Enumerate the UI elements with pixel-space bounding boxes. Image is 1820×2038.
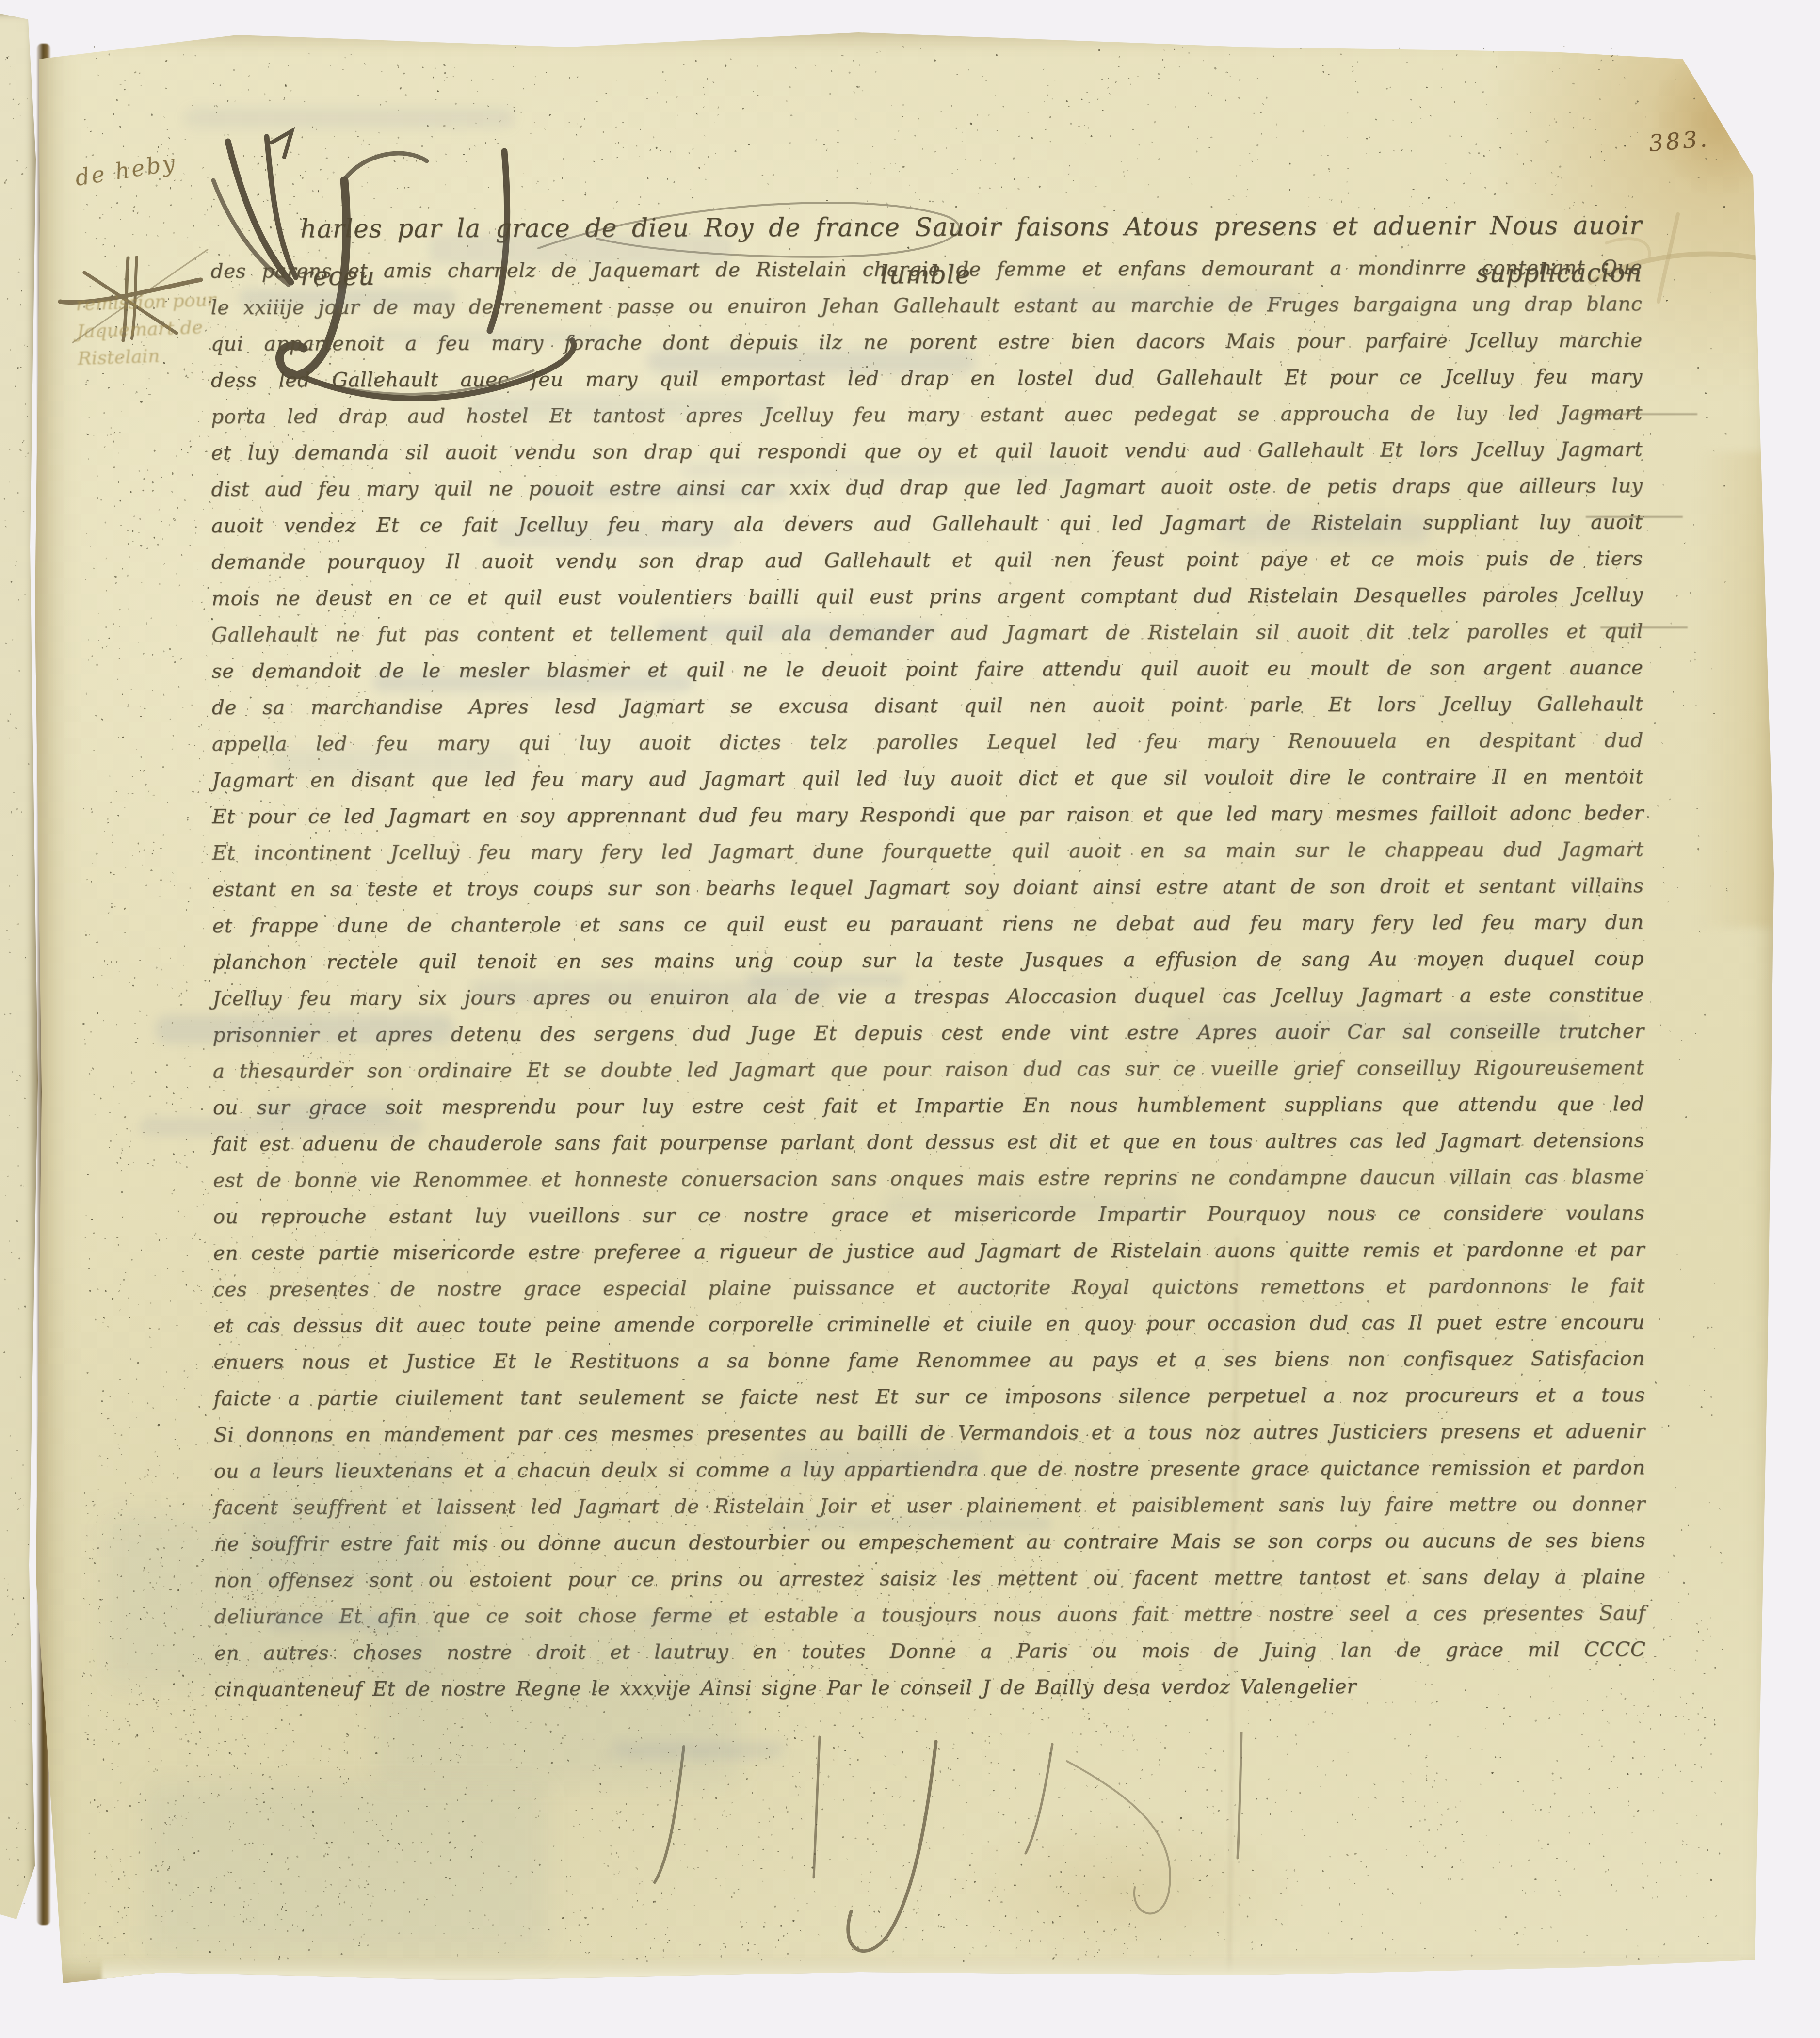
manuscript-line: dess led Gallehault auec feu mary quil e… — [211, 358, 1643, 399]
manuscript-line: ces presentes de nostre grace especial p… — [213, 1268, 1645, 1308]
manuscript-text-block: harles par la grace de dieu Roy de franc… — [210, 202, 1646, 1708]
manuscript-line: non offensez sont ou estoient pour ce pr… — [214, 1558, 1645, 1599]
page-curl-highlight — [102, 1956, 1741, 1981]
manuscript-line: et frappe dune de chanterole et sans ce … — [212, 904, 1644, 944]
manuscript-line: ou sur grace soit mesprendu pour luy est… — [213, 1086, 1644, 1126]
manuscript-line: prisonnier et apres detenu des sergens d… — [212, 1013, 1644, 1053]
manuscript-line: Et pour ce led Jagmart en soy apprennant… — [212, 795, 1643, 835]
manuscript-line: estant en sa teste et troys coups sur so… — [212, 867, 1644, 908]
manuscript-line: est de bonne vie Renommee et honneste co… — [213, 1158, 1644, 1199]
manuscript-line: qui appartenoit a feu mary forache dont … — [211, 322, 1643, 362]
manuscript-line: ou a leurs lieuxtenans et a chacun deulx… — [214, 1449, 1645, 1490]
line-filler-stroke — [1586, 516, 1683, 518]
manuscript-line: et cas dessus dit auec toute peine amend… — [213, 1304, 1645, 1344]
previous-folio-edge — [0, 14, 43, 1941]
manuscript-line: harles par la grace de dieu Roy de franc… — [210, 202, 1642, 253]
parchment-page: 383. de heby remission pour Jaquemart de… — [34, 25, 1780, 1984]
stain-corner — [1649, 40, 1794, 200]
manuscript-line: ou reprouche estant luy vueillons sur ce… — [213, 1195, 1644, 1235]
line-filler-stroke — [1581, 413, 1697, 415]
manuscript-line: ne souffrir estre fait mis ou donne aucu… — [214, 1522, 1645, 1562]
manuscript-line: faicte a partie ciuilement tant seulemen… — [213, 1377, 1645, 1417]
manuscript-line: Et incontinent Jcelluy feu mary fery led… — [212, 831, 1643, 871]
line-filler-stroke — [1600, 626, 1688, 628]
manuscript-line: facent seuffrent et laissent led Jagmart… — [214, 1486, 1645, 1526]
folio-number: 383. — [1648, 126, 1710, 158]
manuscript-line: dist aud feu mary quil ne pouoit estre a… — [211, 467, 1643, 508]
manuscript-line: des parens et amis charnelz de Jaquemart… — [210, 249, 1642, 289]
manuscript-line: en autres choses nostre droit et lautruy… — [214, 1631, 1646, 1671]
stain-bottom — [946, 1810, 1305, 1974]
margin-note-top-left: de heby — [73, 149, 178, 191]
manuscript-line: de sa marchandise Apres lesd Jagmart se … — [212, 686, 1643, 726]
manuscript-line: en ceste partie misericorde estre prefer… — [213, 1231, 1645, 1271]
manuscript-line: appella led feu mary qui luy auoit dicte… — [212, 722, 1643, 762]
scan-background: { "scan": { "folio_number": "383.", "mar… — [0, 0, 1820, 2038]
stain-right-edge — [1697, 452, 1775, 927]
manuscript-line: auoit vendez Et ce fait Jcelluy feu mary… — [211, 504, 1643, 544]
manuscript-line: mois ne deust en ce et quil eust voulent… — [211, 577, 1643, 617]
manuscript-line: fait est aduenu de chauderole sans fait … — [213, 1122, 1644, 1162]
descender-flourishes — [567, 1732, 1295, 1984]
manuscript-line: Si donnons en mandement par ces mesmes p… — [213, 1413, 1645, 1453]
manuscript-line: Jcelluy feu mary six jours apres ou enui… — [212, 977, 1644, 1017]
manuscript-line: le xxiiije jour de may derrenement passe… — [210, 286, 1642, 326]
manuscript-line: a thesaurder son ordinaire Et se doubte … — [213, 1049, 1644, 1090]
manuscript-line: et luy demanda sil auoit vendu son drap … — [211, 431, 1643, 471]
manuscript-line: Jagmart en disant que led feu mary aud J… — [212, 758, 1643, 799]
manuscript-line: planchon rectele quil tenoit en ses main… — [212, 940, 1644, 980]
manuscript-line: demande pourquoy Il auoit vendu son drap… — [211, 540, 1643, 580]
manuscript-line: se demandoit de le mesler blasmer et qui… — [211, 649, 1643, 690]
manuscript-line: porta led drap aud hostel Et tantost apr… — [211, 395, 1643, 435]
manuscript-line: Gallehault ne fut pas content et telleme… — [211, 613, 1643, 653]
manuscript-line: enuers nous et Justice Et le Restituons … — [213, 1340, 1645, 1380]
manuscript-line: deliurance Et afin que ce soit chose fer… — [214, 1595, 1645, 1635]
